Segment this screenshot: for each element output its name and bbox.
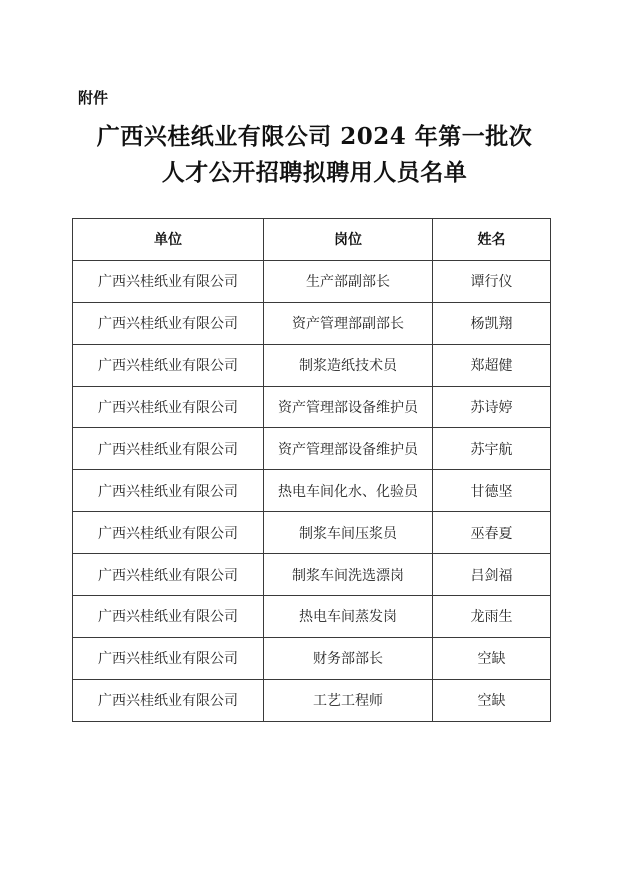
cell-unit: 广西兴桂纸业有限公司 xyxy=(73,637,264,679)
cell-name: 甘德坚 xyxy=(433,470,551,512)
cell-unit: 广西兴桂纸业有限公司 xyxy=(73,260,264,302)
table-row: 广西兴桂纸业有限公司 制浆车间压浆员 巫春夏 xyxy=(73,512,551,554)
cell-post: 制浆车间压浆员 xyxy=(264,512,433,554)
cell-post: 生产部副部长 xyxy=(264,260,433,302)
cell-post: 热电车间化水、化验员 xyxy=(264,470,433,512)
cell-unit: 广西兴桂纸业有限公司 xyxy=(73,386,264,428)
table-row: 广西兴桂纸业有限公司 生产部副部长 谭行仪 xyxy=(73,260,551,302)
column-header-name: 姓名 xyxy=(433,219,551,261)
table-header-row: 单位 岗位 姓名 xyxy=(73,219,551,261)
cell-name: 巫春夏 xyxy=(433,512,551,554)
cell-unit: 广西兴桂纸业有限公司 xyxy=(73,470,264,512)
cell-name: 吕剑福 xyxy=(433,554,551,596)
document-title-line-2: 人才公开招聘拟聘用人员名单 xyxy=(0,158,629,188)
cell-unit: 广西兴桂纸业有限公司 xyxy=(73,428,264,470)
table-row: 广西兴桂纸业有限公司 财务部部长 空缺 xyxy=(73,637,551,679)
cell-unit: 广西兴桂纸业有限公司 xyxy=(73,596,264,638)
cell-name: 郑超健 xyxy=(433,344,551,386)
table-row: 广西兴桂纸业有限公司 工艺工程师 空缺 xyxy=(73,679,551,721)
cell-post: 制浆车间洗选漂岗 xyxy=(264,554,433,596)
cell-name: 苏宇航 xyxy=(433,428,551,470)
cell-post: 财务部部长 xyxy=(264,637,433,679)
table-row: 广西兴桂纸业有限公司 热电车间蒸发岗 龙雨生 xyxy=(73,596,551,638)
hiring-roster-table: 单位 岗位 姓名 广西兴桂纸业有限公司 生产部副部长 谭行仪 广西兴桂纸业有限公… xyxy=(72,218,551,722)
table-row: 广西兴桂纸业有限公司 制浆车间洗选漂岗 吕剑福 xyxy=(73,554,551,596)
cell-name: 谭行仪 xyxy=(433,260,551,302)
cell-name: 龙雨生 xyxy=(433,596,551,638)
cell-post: 热电车间蒸发岗 xyxy=(264,596,433,638)
attachment-label: 附件 xyxy=(78,88,108,108)
cell-unit: 广西兴桂纸业有限公司 xyxy=(73,512,264,554)
cell-name: 空缺 xyxy=(433,637,551,679)
cell-name: 杨凯翔 xyxy=(433,302,551,344)
cell-unit: 广西兴桂纸业有限公司 xyxy=(73,554,264,596)
cell-post: 资产管理部副部长 xyxy=(264,302,433,344)
document-title-line-1: 广西兴桂纸业有限公司 2024 年第一批次 xyxy=(0,122,629,152)
cell-unit: 广西兴桂纸业有限公司 xyxy=(73,302,264,344)
cell-unit: 广西兴桂纸业有限公司 xyxy=(73,344,264,386)
cell-post: 工艺工程师 xyxy=(264,679,433,721)
table-row: 广西兴桂纸业有限公司 制浆造纸技术员 郑超健 xyxy=(73,344,551,386)
table-row: 广西兴桂纸业有限公司 资产管理部设备维护员 苏宇航 xyxy=(73,428,551,470)
cell-post: 制浆造纸技术员 xyxy=(264,344,433,386)
table-row: 广西兴桂纸业有限公司 资产管理部副部长 杨凯翔 xyxy=(73,302,551,344)
column-header-unit: 单位 xyxy=(73,219,264,261)
column-header-post: 岗位 xyxy=(264,219,433,261)
cell-post: 资产管理部设备维护员 xyxy=(264,428,433,470)
cell-post: 资产管理部设备维护员 xyxy=(264,386,433,428)
cell-name: 苏诗婷 xyxy=(433,386,551,428)
cell-unit: 广西兴桂纸业有限公司 xyxy=(73,679,264,721)
table-row: 广西兴桂纸业有限公司 资产管理部设备维护员 苏诗婷 xyxy=(73,386,551,428)
cell-name: 空缺 xyxy=(433,679,551,721)
table-row: 广西兴桂纸业有限公司 热电车间化水、化验员 甘德坚 xyxy=(73,470,551,512)
